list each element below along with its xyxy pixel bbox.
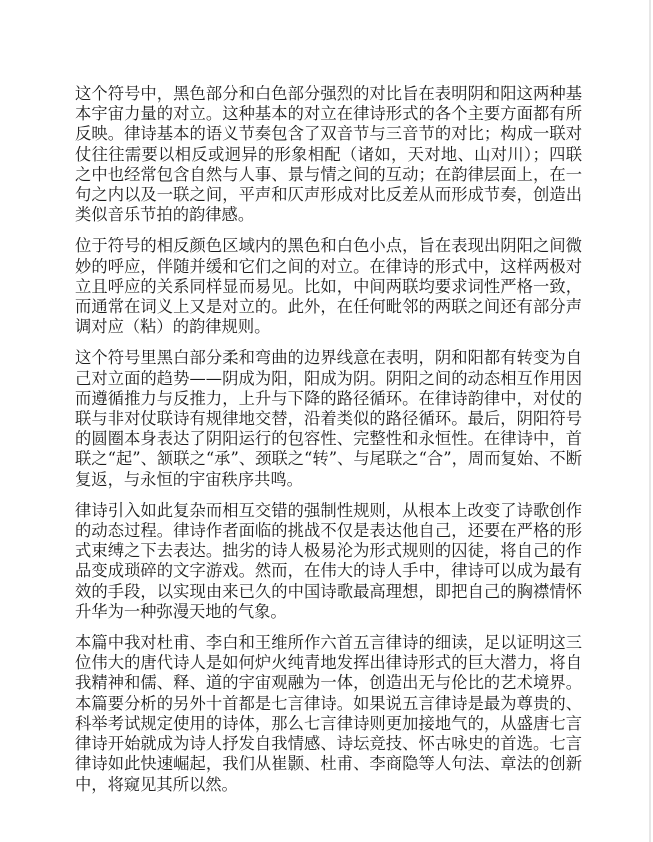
page-edge-line bbox=[649, 0, 651, 842]
paragraph-yinyang-contrast: 这个符号中，黑色部分和白色部分强烈的对比旨在表明阴和阳这两种基本宇宙力量的对立。… bbox=[75, 84, 582, 225]
text-block: 这个符号中，黑色部分和白色部分强烈的对比旨在表明阴和阳这两种基本宇宙力量的对立。… bbox=[75, 84, 582, 795]
paragraph-poets-overview: 本篇中我对杜甫、李白和王维所作六首五言律诗的细读，足以证明这三位伟大的唐代诗人是… bbox=[75, 633, 582, 795]
paragraph-dots-echo: 位于符号的相反颜色区域内的黑色和白色小点，旨在表现出阴阳之间微妙的呼应，伴随并缓… bbox=[75, 236, 582, 337]
paragraph-curved-boundary: 这个符号里黑白部分柔和弯曲的边界线意在表明，阴和阳都有转变为自己对立面的趋势——… bbox=[75, 348, 582, 489]
document-page: 这个符号中，黑色部分和白色部分强烈的对比旨在表明阴和阳这两种基本宇宙力量的对立。… bbox=[0, 0, 653, 842]
paragraph-rules-impact: 律诗引入如此复杂而相互交错的强制性规则，从根本上改变了诗歌创作的动态过程。律诗作… bbox=[75, 501, 582, 622]
